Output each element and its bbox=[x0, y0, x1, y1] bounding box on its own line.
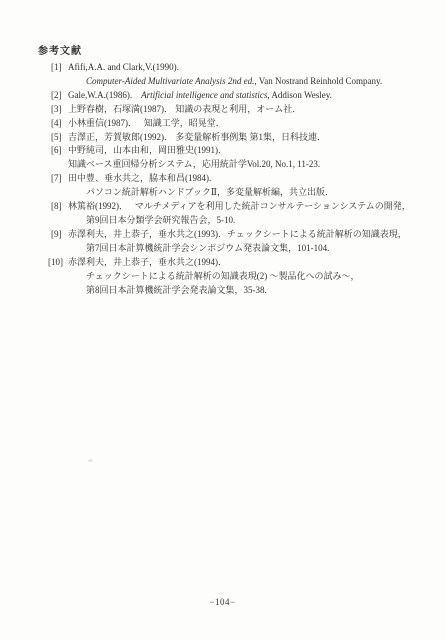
reference-number: [5] bbox=[51, 131, 62, 145]
reference-text: Gale,W.A.(1986). bbox=[68, 90, 141, 100]
references-heading: 参考文献 bbox=[38, 42, 82, 57]
reference-line: チェックシートによる統計解析の知識表現(2) ～製品化への試み～， bbox=[0, 270, 440, 284]
reference-line: 知識ベース重回帰分析システム，応用統計学Vol.20, No.1, 11-23. bbox=[0, 158, 440, 172]
reference-text: Afifi,A.A. and Clark,V.(1990). bbox=[68, 62, 179, 72]
reference-number: [7] bbox=[51, 172, 62, 186]
references-list: [1]Afifi,A.A. and Clark,V.(1990).Compute… bbox=[0, 61, 440, 297]
reference-number: [10] bbox=[48, 256, 63, 270]
reference-line: [9]赤澤利夫，井上恭子，垂水共之(1993)．チェックシートによる統計解析の知… bbox=[0, 228, 440, 242]
reference-number: [9] bbox=[51, 228, 62, 242]
reference-line: [5]吉澤正，芳賀敏郎(1992)． 多変量解析事例集 第1集，日科技連． bbox=[0, 131, 440, 145]
reference-text: , Addison Wesley. bbox=[267, 90, 332, 100]
scanned-paper-page: 参考文献 [1]Afifi,A.A. and Clark,V.(1990).Co… bbox=[0, 0, 445, 640]
reference-text: チェックシートによる統計解析の知識表現(2) ～製品化への試み～， bbox=[86, 271, 359, 281]
reference-text: 第9回日本分類学会研究報告会，5-10. bbox=[86, 215, 235, 225]
reference-text: 小林重信(1987)． 知識工学，昭晃堂． bbox=[68, 118, 225, 128]
reference-text: 赤澤利夫，井上恭子，垂水共之(1993)．チェックシートによる統計解析の知識表現… bbox=[68, 229, 407, 239]
reference-text: 知識ベース重回帰分析システム，応用統計学Vol.20, No.1, 11-23. bbox=[68, 159, 320, 169]
reference-text: 第7回日本計算機統計学会シンポジウム発表論文集，101-104. bbox=[86, 243, 329, 253]
reference-text: 第8回日本計算機統計学会発表論文集，35-38. bbox=[86, 285, 267, 295]
reference-line: [10]赤澤利夫，井上恭子，垂水共之(1994)． bbox=[0, 256, 440, 270]
reference-line: [1]Afifi,A.A. and Clark,V.(1990). bbox=[0, 61, 440, 75]
reference-line: 第7回日本計算機統計学会シンポジウム発表論文集，101-104. bbox=[0, 242, 440, 256]
reference-line: 第8回日本計算機統計学会発表論文集，35-38. bbox=[0, 284, 440, 298]
reference-number: [6] bbox=[51, 144, 62, 158]
reference-text: 中野純司，山本由和，岡田雅史(1991)． bbox=[68, 145, 227, 155]
reference-number: [3] bbox=[51, 103, 62, 117]
reference-line: [8]林篤裕(1992)． マルチメディアを利用した統計コンサルテーションシステ… bbox=[0, 200, 440, 214]
reference-number: [2] bbox=[51, 89, 62, 103]
reference-title-italic: Artificial intelligence and statistics bbox=[141, 90, 267, 100]
reference-text: , Van Nostrand Reinhold Company. bbox=[254, 76, 382, 86]
reference-title-italic: Computer-Aided Multivariate Analysis 2nd… bbox=[86, 76, 254, 86]
reference-line: [4]小林重信(1987)． 知識工学，昭晃堂． bbox=[0, 117, 440, 131]
reference-line: [7]田中豊、垂水共之，脇本和昌(1984). bbox=[0, 172, 440, 186]
reference-line: Computer-Aided Multivariate Analysis 2nd… bbox=[0, 75, 440, 89]
reference-line: 第9回日本分類学会研究報告会，5-10. bbox=[0, 214, 440, 228]
reference-text: 林篤裕(1992)． マルチメディアを利用した統計コンサルテーションシステムの開… bbox=[68, 201, 411, 211]
reference-text: 吉澤正，芳賀敏郎(1992)． 多変量解析事例集 第1集，日科技連． bbox=[68, 132, 326, 142]
reference-text: 田中豊、垂水共之，脇本和昌(1984). bbox=[68, 173, 211, 183]
reference-line: パソコン統計解析ハンドブックⅡ，多変量解析編，共立出版． bbox=[0, 186, 440, 200]
reference-line: [6]中野純司，山本由和，岡田雅史(1991)． bbox=[0, 144, 440, 158]
reference-line: [2]Gale,W.A.(1986). Artificial intellige… bbox=[0, 89, 440, 103]
page-number: −104− bbox=[0, 597, 445, 607]
reference-number: [1] bbox=[51, 61, 62, 75]
reference-line: [3]上野春樹，石塚満(1987)． 知識の表現と利用，オーム社． bbox=[0, 103, 440, 117]
reference-number: [4] bbox=[51, 117, 62, 131]
reference-text: 上野春樹，石塚満(1987)． 知識の表現と利用，オーム社． bbox=[68, 104, 301, 114]
reference-text: パソコン統計解析ハンドブックⅡ，多変量解析編，共立出版． bbox=[86, 187, 334, 197]
reference-text: 赤澤利夫，井上恭子，垂水共之(1994)． bbox=[68, 257, 227, 267]
scan-artifact bbox=[88, 459, 93, 462]
reference-number: [8] bbox=[51, 200, 62, 214]
